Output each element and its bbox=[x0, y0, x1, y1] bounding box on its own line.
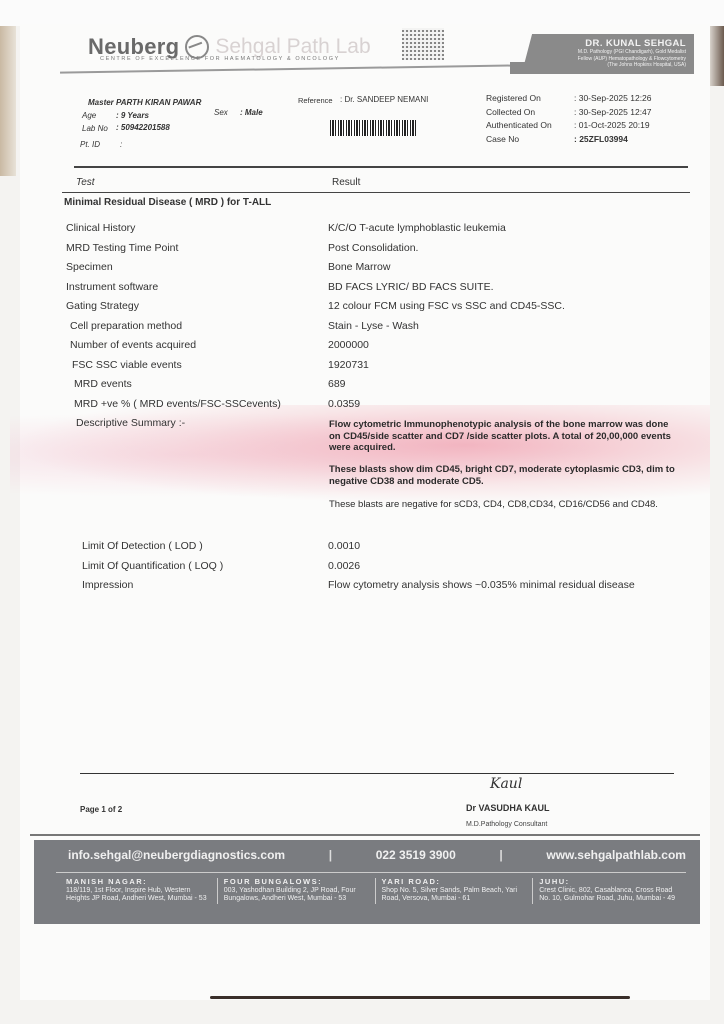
contact-bar: info.sehgal@neubergdiagnostics.com | 022… bbox=[34, 840, 700, 924]
reference-label: Reference bbox=[298, 96, 333, 105]
sex-label: Sex bbox=[214, 108, 228, 117]
branch-manish-nagar: MANISH NAGAR: 118/119, 1st Floor, Inspir… bbox=[66, 878, 217, 904]
info-divider bbox=[74, 166, 688, 168]
doctor-name: DR. KUNAL SEHGAL bbox=[510, 38, 686, 49]
summary-paragraph: Flow cytometric Immunophenotypic analysi… bbox=[329, 419, 679, 454]
table-row: ImpressionFlow cytometry analysis shows … bbox=[0, 579, 724, 599]
table-row: Limit Of Detection ( LOD )0.0010 bbox=[0, 540, 724, 560]
doctor-qualification: (The Johns Hopkins Hospital, USA) bbox=[510, 62, 686, 69]
column-result: Result bbox=[332, 177, 360, 188]
signer-name: Dr VASUDHA KAUL bbox=[466, 803, 550, 813]
header-rule bbox=[62, 192, 690, 193]
table-row: MRD Testing Time PointPost Consolidation… bbox=[0, 242, 724, 262]
registration-info: Registered On: 30-Sep-2025 12:26 Collect… bbox=[486, 92, 652, 146]
signer-title: M.D.Pathology Consultant bbox=[466, 821, 547, 828]
contact-divider bbox=[56, 872, 686, 873]
age-value: : 9 Years bbox=[116, 111, 149, 120]
photo-background bbox=[0, 0, 724, 26]
tagline: CENTRE OF EXCELLENCE FOR HAEMATOLOGY & O… bbox=[100, 56, 340, 62]
separator: | bbox=[329, 848, 332, 862]
website-link[interactable]: www.sehgalpathlab.com bbox=[546, 848, 686, 862]
table-row: Number of events acquired2000000 bbox=[0, 339, 724, 359]
table-row: MRD +ve % ( MRD events/FSC-SSCevents)0.0… bbox=[0, 398, 724, 418]
summary-paragraph: These blasts show dim CD45, bright CD7, … bbox=[329, 464, 679, 487]
table-row: Limit Of Quantification ( LOQ )0.0026 bbox=[0, 560, 724, 580]
branch-juhu: JUHU: Crest Clinic, 802, Casablanca, Cro… bbox=[532, 878, 690, 904]
sex-value: : Male bbox=[240, 108, 263, 117]
page-number: Page 1 of 2 bbox=[80, 805, 122, 814]
paper-edge-right bbox=[710, 26, 724, 86]
authenticated-row: Authenticated On: 01-Oct-2025 20:19 bbox=[486, 119, 652, 133]
separator: | bbox=[499, 848, 502, 862]
table-row: MRD events689 bbox=[0, 378, 724, 398]
section-title: Minimal Residual Disease ( MRD ) for T-A… bbox=[64, 197, 271, 208]
result-table: Clinical HistoryK/C/O T-acute lymphoblas… bbox=[0, 222, 724, 437]
ptid-value: : bbox=[120, 140, 122, 149]
limits-table: Limit Of Detection ( LOD )0.0010 Limit O… bbox=[0, 540, 724, 599]
paper-fold-line bbox=[210, 996, 630, 999]
ptid-label: Pt. ID bbox=[80, 140, 100, 149]
reference-value: : Dr. SANDEEP NEMANI bbox=[340, 95, 428, 104]
table-row: SpecimenBone Marrow bbox=[0, 261, 724, 281]
table-row: Instrument softwareBD FACS LYRIC/ BD FAC… bbox=[0, 281, 724, 301]
branch-yari-road: YARI ROAD: Shop No. 5, Silver Sands, Pal… bbox=[375, 878, 533, 904]
signature: Kaul bbox=[490, 776, 522, 792]
table-row: Clinical HistoryK/C/O T-acute lymphoblas… bbox=[0, 222, 724, 242]
branch-four-bungalows: FOUR BUNGALOWS: 003, Yashodhan Building … bbox=[217, 878, 375, 904]
branch-list: MANISH NAGAR: 118/119, 1st Floor, Inspir… bbox=[66, 878, 690, 904]
labno-label: Lab No bbox=[82, 124, 108, 133]
doctor-banner: DR. KUNAL SEHGAL M.D. Pathology (PGI Cha… bbox=[510, 34, 694, 74]
barcode-icon bbox=[330, 120, 416, 136]
table-row: FSC SSC viable events1920731 bbox=[0, 359, 724, 379]
footer-divider bbox=[80, 773, 674, 774]
paper-edge-left bbox=[0, 26, 16, 176]
age-label: Age bbox=[82, 111, 96, 120]
table-row: Cell preparation methodStain - Lyse - Wa… bbox=[0, 320, 724, 340]
summary-paragraph: These blasts are negative for sCD3, CD4,… bbox=[329, 499, 679, 511]
contact-row: info.sehgal@neubergdiagnostics.com | 022… bbox=[34, 848, 700, 862]
registered-row: Registered On: 30-Sep-2025 12:26 bbox=[486, 92, 652, 106]
phone-link[interactable]: 022 3519 3900 bbox=[376, 848, 456, 862]
qr-code-icon bbox=[402, 28, 444, 60]
collected-row: Collected On: 30-Sep-2025 12:47 bbox=[486, 106, 652, 120]
footer-rule bbox=[30, 834, 700, 836]
column-test: Test bbox=[76, 177, 95, 188]
labno-value: : 50942201588 bbox=[116, 123, 170, 132]
table-row: Gating Strategy12 colour FCM using FSC v… bbox=[0, 300, 724, 320]
case-row: Case No: 25ZFL03994 bbox=[486, 133, 652, 147]
patient-name: Master PARTH KIRAN PAWAR bbox=[88, 98, 201, 107]
email-link[interactable]: info.sehgal@neubergdiagnostics.com bbox=[68, 848, 285, 862]
